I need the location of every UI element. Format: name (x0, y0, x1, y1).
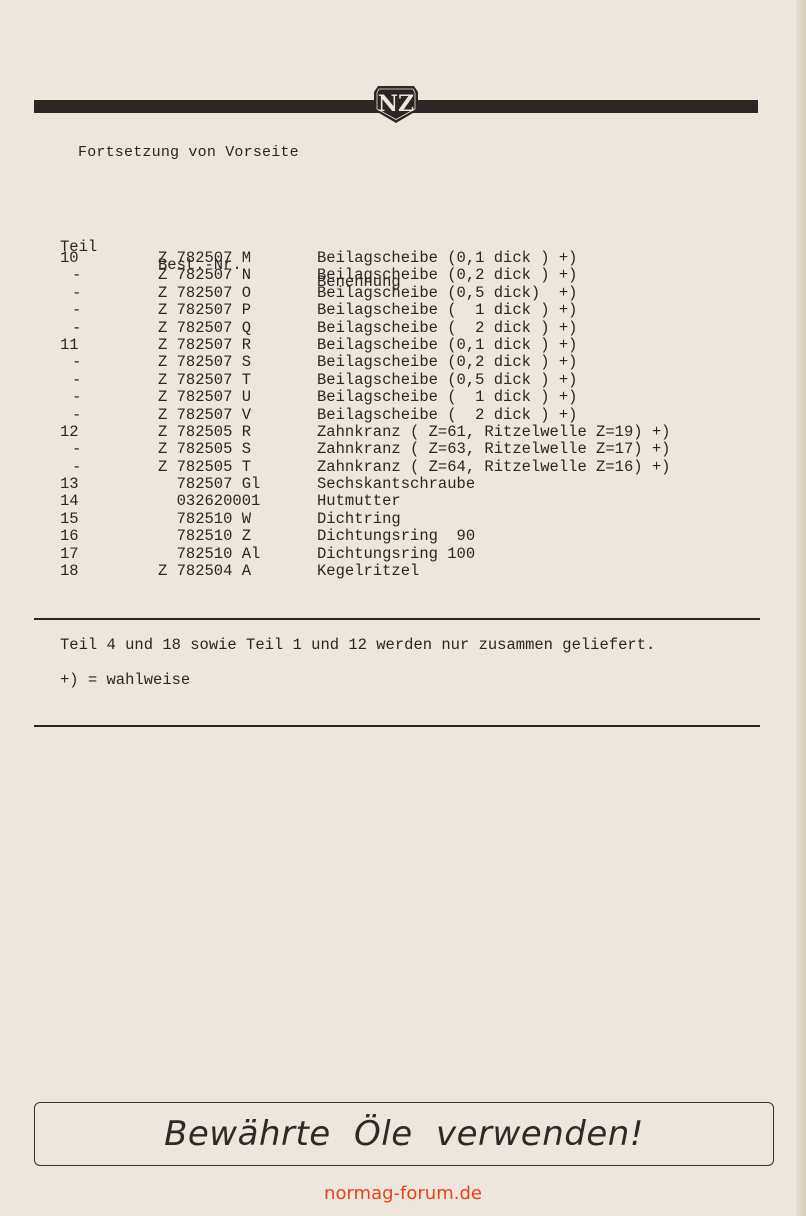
page-edge-shadow (796, 0, 806, 1216)
table-row: -Z 782507 OBeilagscheibe (0,5 dick) +) (0, 285, 806, 302)
cell-teil: - (72, 459, 81, 476)
cell-best-nr: 782510 W (158, 511, 251, 528)
cell-best-nr: 782510 Al (158, 546, 260, 563)
cell-best-nr: Z 782504 A (158, 563, 251, 580)
cell-best-nr: Z 782507 S (158, 354, 251, 371)
cell-teil: 16 (60, 528, 79, 545)
cell-benennung: Dichtungsring 90 (317, 528, 475, 545)
cell-teil: - (72, 354, 81, 371)
cell-benennung: Beilagscheibe (0,1 dick ) +) (317, 337, 577, 354)
cell-benennung: Beilagscheibe (0,2 dick ) +) (317, 267, 577, 284)
oil-banner: Bewährte Öle verwenden! (34, 1102, 774, 1166)
cell-benennung: Beilagscheibe (0,5 dick) +) (317, 285, 577, 302)
cell-teil: 10 (60, 250, 79, 267)
cell-benennung: Kegelritzel (317, 563, 419, 580)
cell-benennung: Beilagscheibe (0,5 dick ) +) (317, 372, 577, 389)
cell-benennung: Beilagscheibe (0,2 dick ) +) (317, 354, 577, 371)
table-header-row: Teil Best.-Nr. Benennung (0, 222, 806, 250)
cell-benennung: Dichtring (317, 511, 401, 528)
cell-benennung: Zahnkranz ( Z=64, Ritzelwelle Z=16) +) (317, 459, 670, 476)
cell-teil: 11 (60, 337, 79, 354)
cell-best-nr: Z 782507 N (158, 267, 251, 284)
cell-best-nr: Z 782507 R (158, 337, 251, 354)
cell-teil: - (72, 302, 81, 319)
cell-best-nr: Z 782507 U (158, 389, 251, 406)
table-row: 15 782510 WDichtring (0, 511, 806, 528)
banner-text: Bewährte Öle verwenden! (164, 1114, 644, 1154)
table-row: -Z 782505 SZahnkranz ( Z=63, Ritzelwelle… (0, 441, 806, 458)
table-row: 10Z 782507 MBeilagscheibe (0,1 dick ) +) (0, 250, 806, 267)
cell-teil: - (72, 372, 81, 389)
cell-benennung: Zahnkranz ( Z=63, Ritzelwelle Z=17) +) (317, 441, 670, 458)
parts-table: Teil Best.-Nr. Benennung 10Z 782507 MBei… (0, 222, 806, 580)
cell-benennung: Beilagscheibe ( 1 dick ) +) (317, 389, 577, 406)
cell-benennung: Beilagscheibe ( 2 dick ) +) (317, 320, 577, 337)
cell-best-nr: 032620001 (158, 493, 260, 510)
cell-teil: - (72, 441, 81, 458)
optional-legend: +) = wahlweise (60, 671, 190, 689)
table-row: 16 782510 ZDichtungsring 90 (0, 528, 806, 545)
cell-best-nr: 782507 Gl (158, 476, 260, 493)
table-row: 18Z 782504 AKegelritzel (0, 563, 806, 580)
table-row: -Z 782507 QBeilagscheibe ( 2 dick ) +) (0, 320, 806, 337)
table-row: 13 782507 GlSechskantschraube (0, 476, 806, 493)
cell-best-nr: Z 782507 M (158, 250, 251, 267)
cell-benennung: Dichtungsring 100 (317, 546, 475, 563)
table-row: 14 032620001Hutmutter (0, 493, 806, 510)
table-row: -Z 782507 UBeilagscheibe ( 1 dick ) +) (0, 389, 806, 406)
cell-benennung: Beilagscheibe (0,1 dick ) +) (317, 250, 577, 267)
svg-text:NZ: NZ (378, 91, 414, 117)
cell-best-nr: Z 782507 P (158, 302, 251, 319)
divider-bottom (34, 725, 760, 727)
cell-teil: 18 (60, 563, 79, 580)
table-row: -Z 782507 SBeilagscheibe (0,2 dick ) +) (0, 354, 806, 371)
cell-teil: 12 (60, 424, 79, 441)
table-row: -Z 782505 TZahnkranz ( Z=64, Ritzelwelle… (0, 459, 806, 476)
table-row: 17 782510 AlDichtungsring 100 (0, 546, 806, 563)
cell-benennung: Zahnkranz ( Z=61, Ritzelwelle Z=19) +) (317, 424, 670, 441)
table-row: -Z 782507 PBeilagscheibe ( 1 dick ) +) (0, 302, 806, 319)
nz-shield-logo-icon: NZ (370, 84, 422, 124)
cell-teil: 14 (60, 493, 79, 510)
cell-benennung: Hutmutter (317, 493, 401, 510)
table-row: 11Z 782507 RBeilagscheibe (0,1 dick ) +) (0, 337, 806, 354)
forum-watermark: normag-forum.de (0, 1183, 806, 1204)
cell-best-nr: Z 782505 R (158, 424, 251, 441)
cell-best-nr: Z 782507 T (158, 372, 251, 389)
cell-teil: - (72, 407, 81, 424)
cell-best-nr: Z 782505 S (158, 441, 251, 458)
cell-teil: - (72, 285, 81, 302)
cell-teil: - (72, 267, 81, 284)
cell-teil: 15 (60, 511, 79, 528)
cell-best-nr: Z 782507 O (158, 285, 251, 302)
table-row: 12Z 782505 RZahnkranz ( Z=61, Ritzelwell… (0, 424, 806, 441)
cell-best-nr: Z 782507 Q (158, 320, 251, 337)
delivery-note: Teil 4 und 18 sowie Teil 1 und 12 werden… (60, 636, 655, 654)
continuation-subtitle: Fortsetzung von Vorseite (78, 144, 299, 161)
cell-benennung: Beilagscheibe ( 2 dick ) +) (317, 407, 577, 424)
cell-benennung: Sechskantschraube (317, 476, 475, 493)
cell-teil: - (72, 320, 81, 337)
table-row: -Z 782507 TBeilagscheibe (0,5 dick ) +) (0, 372, 806, 389)
cell-best-nr: 782510 Z (158, 528, 251, 545)
cell-benennung: Beilagscheibe ( 1 dick ) +) (317, 302, 577, 319)
divider-top (34, 618, 760, 620)
cell-best-nr: Z 782505 T (158, 459, 251, 476)
cell-teil: 13 (60, 476, 79, 493)
table-row: -Z 782507 VBeilagscheibe ( 2 dick ) +) (0, 407, 806, 424)
table-row: -Z 782507 NBeilagscheibe (0,2 dick ) +) (0, 267, 806, 284)
cell-teil: 17 (60, 546, 79, 563)
cell-teil: - (72, 389, 81, 406)
cell-best-nr: Z 782507 V (158, 407, 251, 424)
